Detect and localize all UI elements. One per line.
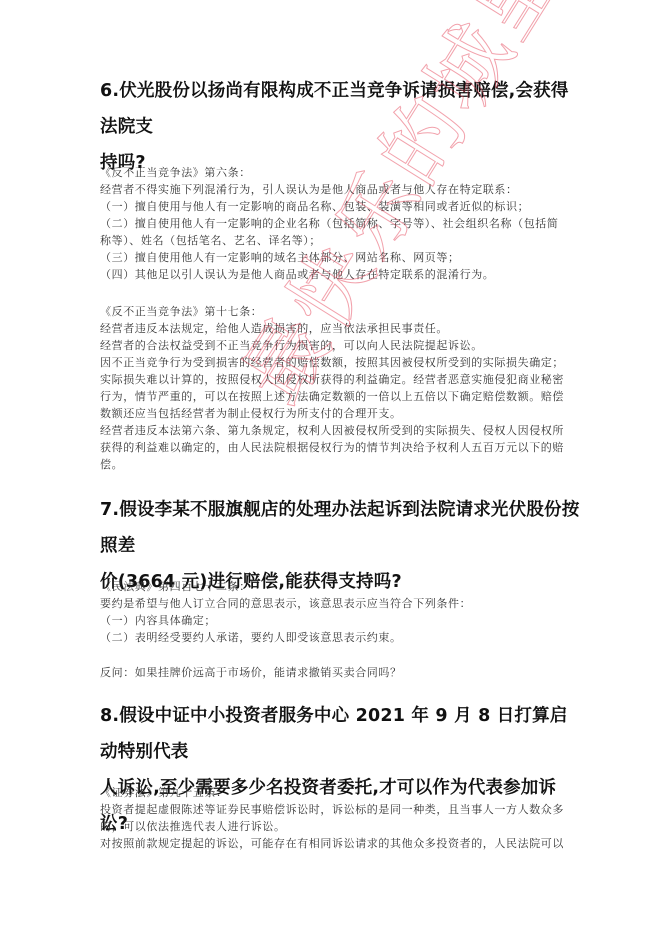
law-text-line: 经营者违反本法第六条、第九条规定，权利人因被侵权所受到的实际损失、侵权人因侵权所: [100, 422, 580, 439]
law-text-line: 因不正当竞争行为受到损害的经营者的赔偿数额，按照其因被侵权所受到的实际损失确定；: [100, 354, 580, 371]
law-citation: 《民法典》第四百七十二条：: [100, 578, 580, 595]
law-text-line: 称等）、姓名（包括笔名、艺名、译名等）；: [100, 232, 580, 249]
law-text-line: （三）擅自使用他人有一定影响的域名主体部分、网站名称、网页等；: [100, 249, 580, 266]
document-page: 6.伏光股份以扬尚有限构成不正当竞争诉请损害赔偿,会获得法院支 持吗? 《反不正…: [0, 0, 660, 933]
law-text-line: 偿。: [100, 456, 580, 473]
law-text-line: （二）表明经受要约人承诺，要约人即受该意思表示约束。: [100, 629, 580, 646]
law-text-line: 经营者违反本法规定，给他人造成损害的，应当依法承担民事责任。: [100, 320, 580, 337]
law-text-line: （一）内容具体确定；: [100, 612, 580, 629]
law-text-line: 经营者不得实施下列混淆行为，引人误认为是他人商品或者与他人存在特定联系：: [100, 181, 580, 198]
law-text-line: （一）擅自使用与他人有一定影响的商品名称、包装、装潢等相同或者近似的标识；: [100, 198, 580, 215]
law-text-line: 的，可以依法推选代表人进行诉讼。: [100, 818, 580, 835]
law-citation: 《证券法》第九十五条：: [100, 784, 580, 801]
law-citation: 《反不正当竞争法》第六条：: [100, 164, 580, 181]
law-text-line: （四）其他足以引人误认为是他人商品或者与他人存在特定联系的混淆行为。: [100, 266, 580, 283]
law-text-line: 投资者提起虚假陈述等证券民事赔偿诉讼时，诉讼标的是同一种类，且当事人一方人数众多: [100, 801, 580, 818]
law-text-line: 经营者的合法权益受到不正当竞争行为损害的，可以向人民法院提起诉讼。: [100, 337, 580, 354]
law-text-line: 数额还应当包括经营者为制止侵权行为所支付的合理开支。: [100, 405, 580, 422]
follow-up-question: 反问：如果挂牌价远高于市场价，能请求撤销买卖合同吗？: [100, 664, 580, 681]
law-text-line: （二）擅自使用他人有一定影响的企业名称（包括简称、字号等）、社会组织名称（包括简: [100, 215, 580, 232]
heading-line: 7.假设李某不服旗舰店的处理办法起诉到法院请求光伏股份按照差: [100, 492, 580, 564]
law-text-line: 对按照前款规定提起的诉讼，可能存在有相同诉讼请求的其他众多投资者的，人民法院可以: [100, 835, 580, 852]
law-text-line: 行为，情节严重的，可以在按照上述方法确定数额的一倍以上五倍以下确定赔偿数额。赔偿: [100, 388, 580, 405]
law-citation: 《反不正当竞争法》第十七条：: [100, 303, 580, 320]
heading-line: 8.假设中证中小投资者服务中心 2021 年 9 月 8 日打算启动特别代表: [100, 698, 580, 770]
law-text-line: 要约是希望与他人订立合同的意思表示，该意思表示应当符合下列条件：: [100, 595, 580, 612]
law-text-line: 获得的利益难以确定的，由人民法院根据侵权行为的情节判决给予权利人五百万元以下的赔: [100, 439, 580, 456]
law-text-line: 实际损失难以计算的，按照侵权人因侵权所获得的利益确定。经营者恶意实施侵犯商业秘密: [100, 371, 580, 388]
heading-line: 6.伏光股份以扬尚有限构成不正当竞争诉请损害赔偿,会获得法院支: [100, 73, 580, 145]
